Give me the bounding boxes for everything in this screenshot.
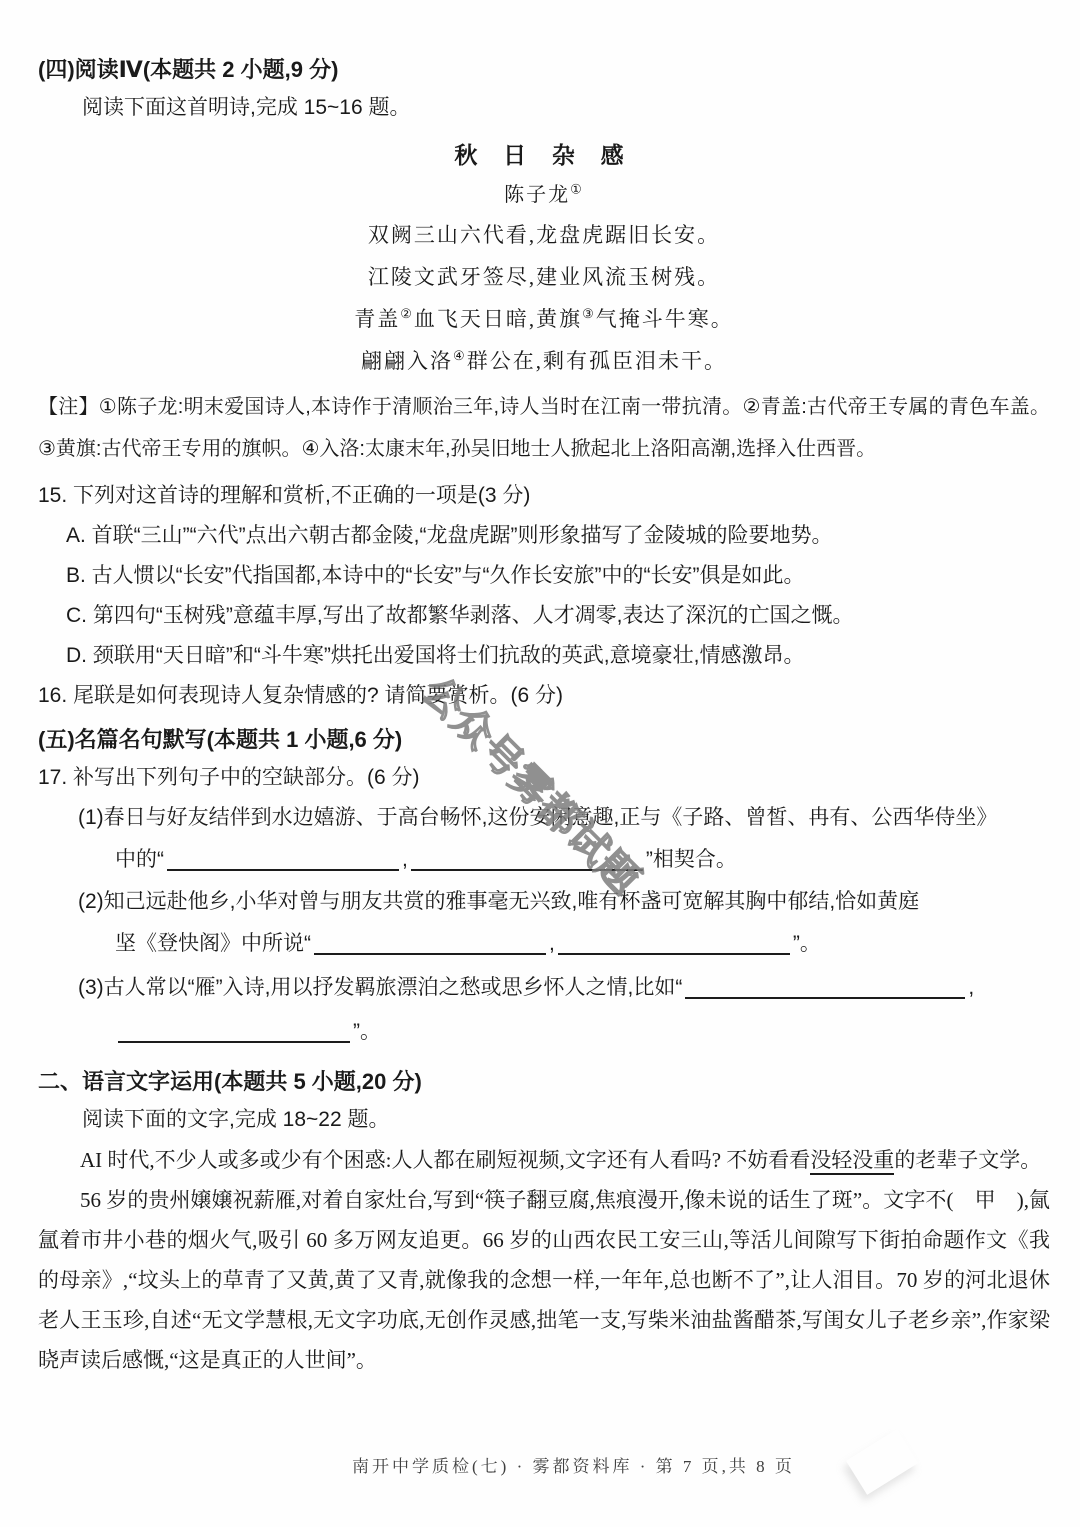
q17-item1-comma: , <box>402 848 408 871</box>
answer-blank <box>558 933 790 955</box>
q17-item3-line1: (3)古人常以“雁”入诗,用以抒发羁旅漂泊之愁或思乡怀人之情,比如“, <box>38 966 1050 1010</box>
paragraph-ai-text: AI 时代,不少人或多或少有个困惑:人人都在刷短视频,文字还有人看吗? 不妨看看 <box>80 1148 810 1172</box>
answer-blank <box>411 849 643 871</box>
q17-item1-prefix: 中的“ <box>115 848 164 871</box>
question-15-option-d: D. 颈联用“天日暗”和“斗牛寒”烘托出爱国将士们抗敌的英武,意境豪壮,情感激昂… <box>38 636 1050 676</box>
poem-author-note-ref: ① <box>570 181 584 196</box>
answer-blank <box>314 933 546 955</box>
q17-item2-comma: , <box>549 932 555 955</box>
q17-item3-line2: ”。 <box>38 1010 1050 1054</box>
question-15-option-b: B. 古人惯以“长安”代指国都,本诗中的“长安”与“久作长安旅”中的“长安”俱是… <box>38 556 1050 596</box>
poem-line-3: 青盖②血飞天日暗,黄旗③气掩斗牛寒。 <box>38 298 1050 340</box>
poem-line-3-text: 气掩斗牛寒。 <box>596 307 734 331</box>
poem-footnotes: 【注】①陈子龙:明末爱国诗人,本诗作于清顺治三年,诗人当时在江南一带抗清。②青盖… <box>38 386 1050 470</box>
section-5-heading: (五)名篇名句默写(本题共 1 小题,6 分) <box>38 722 1050 758</box>
q17-item1-line1: (1)春日与好友结伴到水边嬉游、于高台畅怀,这份安闲意趣,正与《子路、曾皙、冉有… <box>38 798 1050 838</box>
poem-note-ref-2: ② <box>400 306 414 321</box>
q17-item3-prefix: (3)古人常以“雁”入诗,用以抒发羁旅漂泊之愁或思乡怀人之情,比如“ <box>78 976 682 999</box>
section-4-intro: 阅读下面这首明诗,完成 15~16 题。 <box>38 88 1050 128</box>
question-15-option-a: A. 首联“三山”“六代”点出六朝古都金陵,“龙盘虎踞”则形象描写了金陵城的险要… <box>38 516 1050 556</box>
poem-author-name: 陈子龙 <box>504 184 570 206</box>
poem-note-ref-3: ③ <box>582 306 596 321</box>
paragraph-elder-writers: 56 岁的贵州嬢嬢祝薪雁,对着自家灶台,写到“筷子翻豆腐,焦痕漫开,像未说的话生… <box>38 1180 1050 1380</box>
question-16: 16. 尾联是如何表现诗人复杂情感的? 请简要赏析。(6 分) <box>38 676 1050 716</box>
page-footer: 南开中学质检(七) · 雾都资料库 · 第 7 页,共 8 页 <box>352 1452 795 1477</box>
q17-item2-line2: 坚《登快阁》中所说“,”。 <box>38 922 1050 966</box>
question-15-option-c: C. 第四句“玉树残”意蕴丰厚,写出了故都繁华剥落、人才凋零,表达了深沉的亡国之… <box>38 596 1050 636</box>
q17-item2-suffix: ”。 <box>793 932 821 955</box>
answer-blank <box>167 849 399 871</box>
question-15-stem: 15. 下列对这首诗的理解和赏析,不正确的一项是(3 分) <box>38 476 1050 516</box>
q17-item1-suffix: ”相契合。 <box>646 848 737 871</box>
poem-line-4-text: 群公在,剩有孤臣泪未干。 <box>467 349 727 373</box>
section-two-intro: 阅读下面的文字,完成 18~22 题。 <box>38 1100 1050 1140</box>
poem-note-ref-4: ④ <box>453 348 467 363</box>
q17-item2-line1: (2)知己远赴他乡,小华对曾与朋友共赏的雅事毫无兴致,唯有杯盏可宽解其胸中郁结,… <box>38 882 1050 922</box>
q17-item3-comma: , <box>968 976 974 999</box>
poem-line-4-text: 翩翩入洛 <box>361 349 453 373</box>
poem-line-3-text: 血飞天日暗,黄旗 <box>414 307 582 331</box>
paragraph-ai-text-after: 的老辈子文学。 <box>894 1148 1041 1172</box>
poem-line-2: 江陵文武牙签尽,建业风流玉树残。 <box>38 256 1050 298</box>
section-two-heading: 二、语言文字运用(本题共 5 小题,20 分) <box>38 1064 1050 1100</box>
poem-line-3-text: 青盖 <box>354 307 400 331</box>
poem-line-1: 双阙三山六代看,龙盘虎踞旧长安。 <box>38 214 1050 256</box>
paragraph-ai-era: AI 时代,不少人或多或少有个困惑:人人都在刷短视频,文字还有人看吗? 不妨看看… <box>38 1140 1050 1180</box>
q17-item3-suffix: ”。 <box>353 1020 381 1043</box>
page-curl-artifact <box>846 1429 918 1495</box>
underlined-phrase: 没轻没重 <box>810 1148 894 1175</box>
poem-title: 秋 日 杂 感 <box>38 136 1050 176</box>
answer-blank <box>685 977 965 999</box>
poem-line-4: 翩翩入洛④群公在,剩有孤臣泪未干。 <box>38 340 1050 382</box>
q17-item2-prefix: 坚《登快阁》中所说“ <box>115 932 311 955</box>
page-content: (四)阅读Ⅳ(本题共 2 小题,9 分) 阅读下面这首明诗,完成 15~16 题… <box>0 0 1080 1380</box>
poem-author: 陈子龙① <box>38 176 1050 214</box>
question-17-stem: 17. 补写出下列句子中的空缺部分。(6 分) <box>38 758 1050 798</box>
answer-blank <box>118 1021 350 1043</box>
exam-page: (四)阅读Ⅳ(本题共 2 小题,9 分) 阅读下面这首明诗,完成 15~16 题… <box>0 0 1080 1527</box>
section-4-heading: (四)阅读Ⅳ(本题共 2 小题,9 分) <box>38 52 1050 88</box>
poem-block: 秋 日 杂 感 陈子龙① 双阙三山六代看,龙盘虎踞旧长安。 江陵文武牙签尽,建业… <box>38 136 1050 382</box>
q17-item1-line2: 中的“,”相契合。 <box>38 838 1050 882</box>
